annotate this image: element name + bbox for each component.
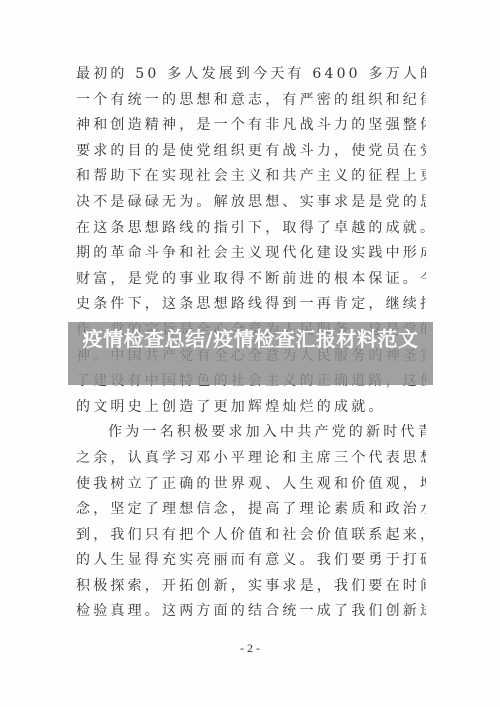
text-line: 一个有统一的思想和意志，有严密的组织和纪律，有牺牲精	[76, 88, 426, 114]
text-line: 检验真理。这两方面的结合统一成了我们创新进取的必要素	[76, 599, 426, 625]
text-line: 在这条思想路线的指引下，取得了卓越的成就。它是党在长	[76, 216, 426, 242]
text-line: 决不是碌碌无为。解放思想、实事求是是党的思想路线。党	[76, 190, 426, 216]
page-number: - 2 -	[0, 641, 500, 656]
text-line: 期的革命斗争和社会主义现代化建设实践中形成的最宝贵	[76, 241, 426, 267]
text-line: 和帮助下在实现社会主义和共产主义的征程上更有作为，而	[76, 164, 426, 190]
text-line: 要求的目的是使党组织更有战斗力，使党员在党组织的关怀	[76, 139, 426, 165]
text-line: 的文明史上创造了更加辉煌灿烂的成就。	[76, 395, 426, 421]
text-line: 的人生显得充实亮丽而有意义。我们要勇于打破旧的框架，	[76, 548, 426, 574]
text-line: 史条件下，这条思想路线得到一再肯定，继续指引我们的工	[76, 292, 426, 318]
text-line: 最初的 50 多人发展到今天有 6400 多万人的庞大队伍，它是	[76, 62, 426, 88]
text-line: 之余，认真学习邓小平理论和主席三个代表思想的有关知识，	[76, 446, 426, 472]
text-line: 财富，是党的事业取得不断前进的根本保证。今天在新的历	[76, 267, 426, 293]
paragraph-start-line: 作为一名积极要求加入中共产党的新时代青年，在工作	[76, 420, 426, 446]
text-line: 念，坚定了理想信念，提高了理论素质和政治水平。我认识	[76, 497, 426, 523]
text-line: 到，我们只有把个人价值和社会价值联系起来，才能使自己	[76, 523, 426, 549]
title-banner-overlay[interactable]: 疫情检查总结/疫情检查汇报材料范文	[68, 322, 433, 385]
document-page: 最初的 50 多人发展到今天有 6400 多万人的庞大队伍，它是 一个有统一的思…	[0, 0, 500, 707]
banner-title[interactable]: 疫情检查总结/疫情检查汇报材料范文	[81, 327, 421, 352]
text-line: 神和创造精神，是一个有非凡战斗力的坚强整体。党的纪律	[76, 113, 426, 139]
text-line: 积极探索，开拓创新，实事求是，我们要在时间中发现真理、	[76, 574, 426, 600]
text-line: 使我树立了正确的世界观、人生观和价值观，增强了党性观	[76, 472, 426, 498]
